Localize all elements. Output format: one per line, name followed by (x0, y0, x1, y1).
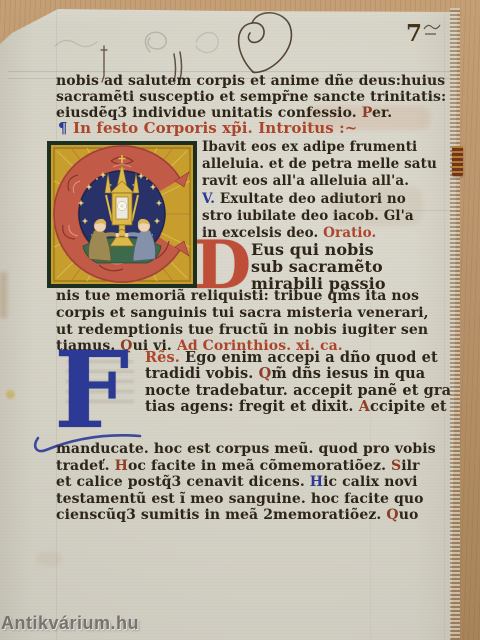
photo-frame: 7 (0, 0, 480, 640)
text-line: ¶ In festo Corporis xp̃i. Introitus :~ (58, 120, 357, 136)
text-segment: alleluia. et de petra melle satu (202, 156, 437, 172)
text-block-collect: Eus qui nobissub sacramẽtomirabili passi… (251, 241, 386, 293)
text-segment: uo (399, 507, 419, 523)
text-segment: Exultate deo adiutori no (220, 191, 406, 207)
text-segment: In festo Corporis xp̃i. Introitus :~ (73, 119, 358, 137)
text-segment: corpis et sanguinis tui sacra misteria v… (56, 305, 429, 321)
text-segment: m̃ dñs iesus in qua (271, 365, 425, 382)
parchment-stain (6, 390, 15, 399)
text-segment: Oratio. (323, 225, 376, 241)
text-line: manducate. hoc est corpus meũ. quod pro … (56, 441, 436, 458)
text-line: tias agens: fregit et dixit. Accipite et (145, 399, 451, 415)
text-segment: ravit eos all'a alleluia all'a. (202, 173, 409, 189)
text-segment: V. (202, 191, 220, 207)
text-segment: ¶ (58, 119, 73, 137)
initial-F: F (54, 344, 129, 436)
text-segment: manducate. hoc est corpus meũ. quod pro … (56, 441, 436, 457)
text-line: Eus qui nobis (251, 241, 386, 258)
text-block-epistle: Rẽs. Ego enim accepi a dño quod ettradid… (145, 350, 451, 416)
text-segment: nocte tradebatur. accepit panẽ et gra (145, 382, 451, 399)
folio-number: 7 (406, 22, 442, 46)
ruling-line (8, 71, 451, 72)
text-segment: sacramẽti susceptio et sempr̃ne sancte t… (56, 89, 446, 105)
manuscript-page: 7 (0, 0, 480, 640)
text-line: nis tue memoriã reliquisti: tribue qm̃s … (56, 288, 429, 305)
text-segment: H (310, 474, 323, 490)
text-segment: tradidi vobis. (145, 365, 259, 382)
text-line: sacramẽti susceptio et sempr̃ne sancte t… (56, 89, 446, 105)
text-line: ravit eos all'a alleluia all'a. (202, 173, 437, 190)
text-line: sub sacramẽto (251, 258, 386, 275)
text-line: testamentũ est ĩ meo sanguine. hoc facit… (56, 491, 436, 508)
text-segment: tradeť. (56, 458, 115, 474)
text-segment: testamentũ est ĩ meo sanguine. hoc facit… (56, 491, 424, 507)
text-line: tradeť. Hoc facite in meã cõmemoratiõez.… (56, 458, 436, 475)
text-line: cienscũq3 sumitis in meã 2memoratiõez. Q… (56, 507, 436, 524)
text-segment: sub sacramẽto (251, 257, 383, 276)
illuminated-initial-miniature (47, 141, 197, 288)
watermark: Antikvárium.hu (1, 613, 139, 634)
text-line: nobis ad salutem corpis et anime dñe deu… (56, 73, 446, 89)
text-segment: P (362, 105, 372, 121)
text-line: V. Exultate deo adiutori no (202, 191, 437, 208)
text-line: Rẽs. Ego enim accepi a dño quod et (145, 350, 451, 366)
text-line: corpis et sanguinis tui sacra misteria v… (56, 305, 429, 322)
page-deckle-edge (450, 8, 460, 640)
text-line: stro iubilate deo iacob. Gl'a (202, 208, 437, 225)
text-segment: Ego enim accepi a dño quod et (185, 349, 438, 366)
text-segment: er. (372, 105, 392, 121)
text-line: tradidi vobis. Qm̃ dñs iesus in qua (145, 366, 451, 382)
text-line: Ibavit eos ex adipe frumenti (202, 139, 437, 156)
text-segment: Q (386, 507, 398, 523)
folio-number-text: 7 (406, 22, 422, 46)
parchment-stain (36, 552, 62, 566)
text-segment: tias agens: fregit et dixit. (145, 398, 359, 415)
text-segment: A (359, 398, 370, 415)
text-segment: ilr (401, 458, 419, 474)
text-segment: cienscũq3 sumitis in meã 2memoratiõez. (56, 507, 386, 523)
folio-flourish (422, 22, 442, 38)
text-segment: Q (259, 365, 272, 382)
text-segment: nobis ad salutem corpis et anime dñe deu… (56, 73, 445, 89)
parchment-stain (0, 272, 7, 318)
text-segment: Rẽs. (145, 349, 185, 366)
text-segment: nis tue memoriã reliquisti: tribue qm̃s … (56, 288, 419, 304)
text-line: nocte tradebatur. accepit panẽ et gra (145, 383, 451, 399)
text-line: et calice postq̃3 cenavit dicens. Hic ca… (56, 474, 436, 491)
rubric-line: ¶ In festo Corporis xp̃i. Introitus :~ (58, 120, 357, 136)
text-line: alleluia. et de petra melle satu (202, 156, 437, 173)
text-block-epistle-cont: manducate. hoc est corpus meũ. quod pro … (56, 441, 436, 524)
text-segment: oc facite in meã cõmemoratiõez. (128, 458, 391, 474)
text-segment: Eus qui nobis (251, 240, 374, 259)
initial-D: D (194, 237, 251, 293)
text-segment: ccipite et (370, 398, 447, 415)
text-segment: H (115, 458, 128, 474)
text-segment: stro iubilate deo iacob. Gl'a (202, 208, 414, 224)
text-segment: S (391, 458, 401, 474)
text-block-prayer-end: nobis ad salutem corpis et anime dñe deu… (56, 73, 446, 121)
text-segment: ic calix novi (323, 474, 417, 490)
bookmark-tab (452, 146, 463, 176)
text-segment: Ibavit eos ex adipe frumenti (202, 139, 417, 155)
text-segment: et calice postq̃3 cenavit dicens. (56, 474, 310, 490)
